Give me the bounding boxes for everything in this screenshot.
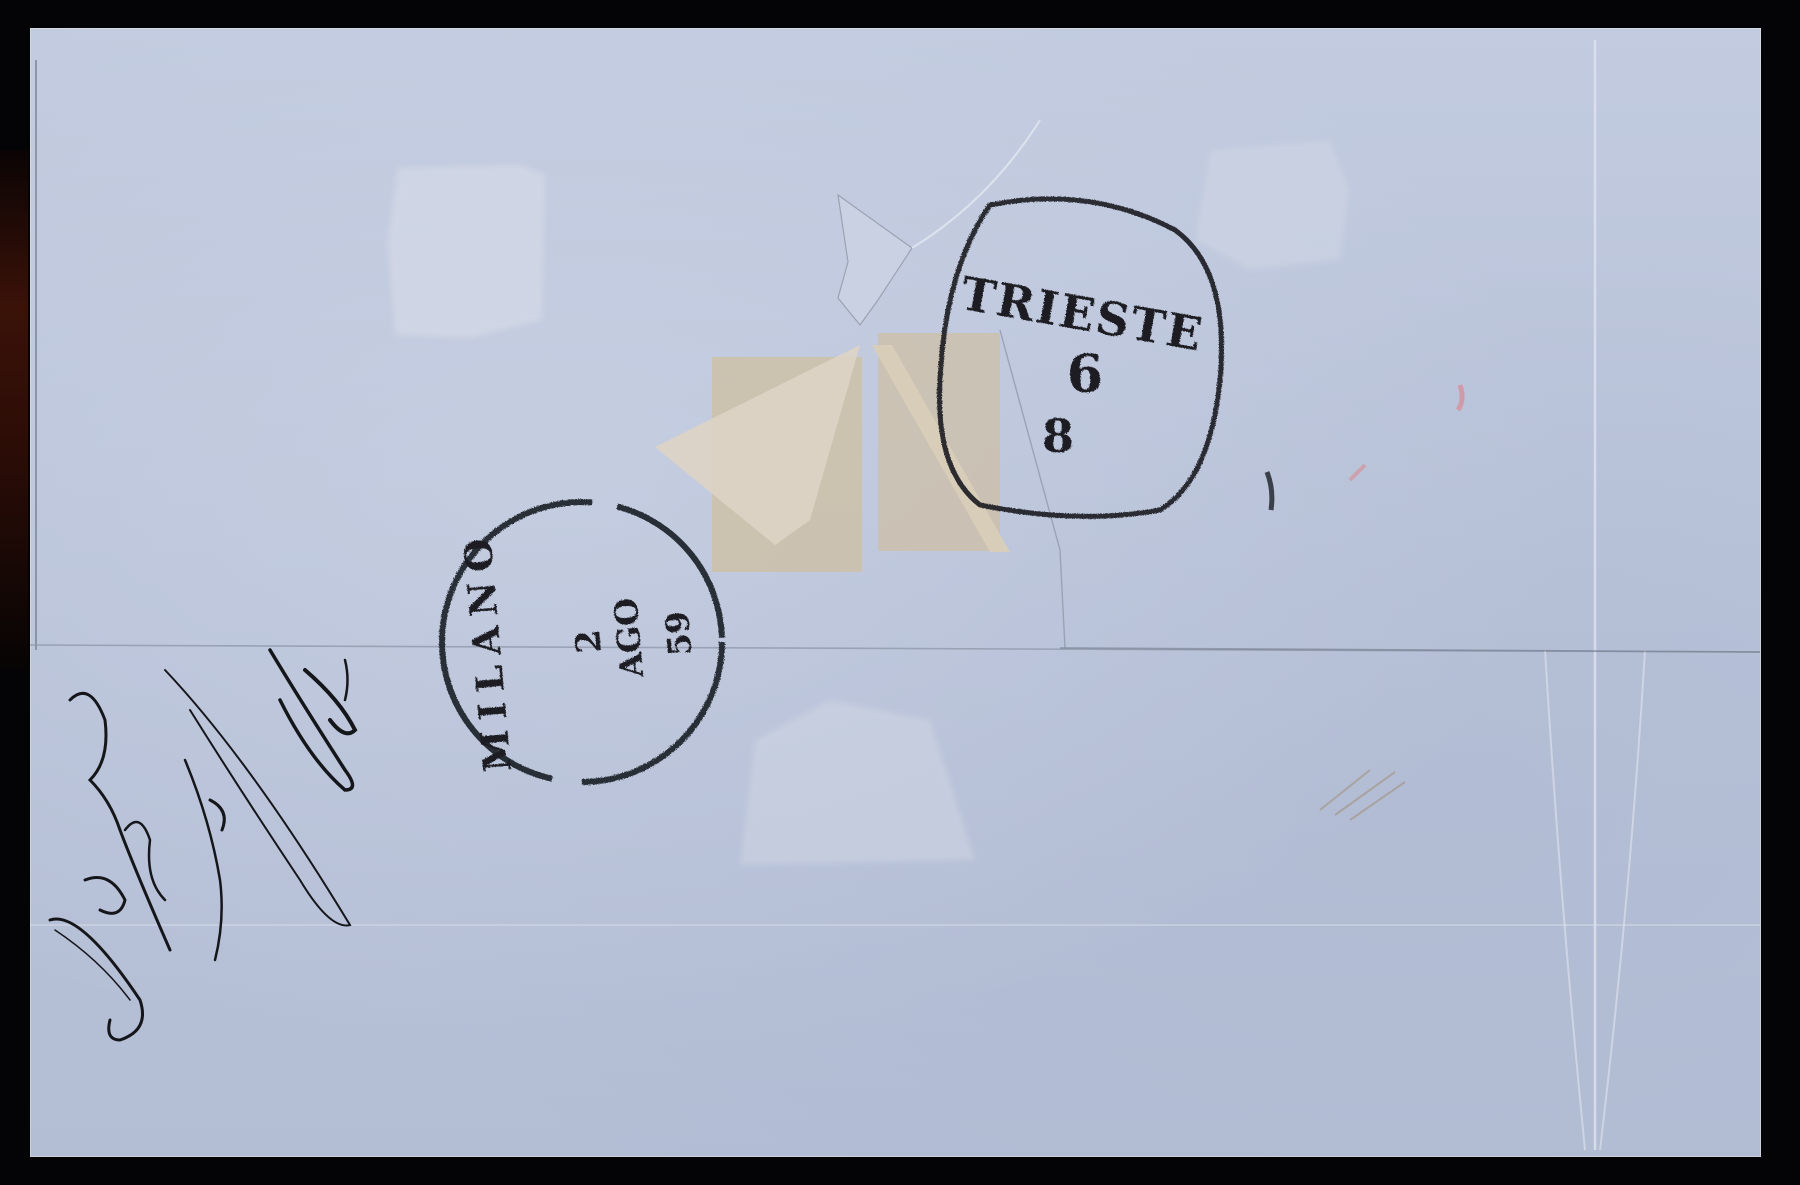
stamp-ghost-patch xyxy=(740,700,975,865)
postmark-day-text: 2 xyxy=(568,628,610,655)
postmark-day-text: 6 xyxy=(1067,344,1103,405)
postmark-year-text: 59 xyxy=(658,610,700,658)
letter-markings: TRIESTE 6 8 MILANO 2 AGO 59 xyxy=(0,0,1800,1185)
handwritten-docket xyxy=(50,650,355,1040)
paper-flap-fragment xyxy=(838,195,912,325)
ink-mark xyxy=(1267,472,1272,510)
red-crayon-mark xyxy=(1458,385,1462,410)
milano-postmark: MILANO 2 AGO 59 xyxy=(442,502,722,782)
red-crayon-mark xyxy=(1350,465,1365,480)
flap-edge xyxy=(1000,330,1065,648)
stamp-ghost-patch xyxy=(1195,140,1350,270)
pencil-hatching xyxy=(1320,770,1405,820)
postmark-month-text: AGO xyxy=(606,596,651,680)
vertical-crease xyxy=(1600,650,1645,1150)
postmark-town-text: MILANO xyxy=(454,527,520,774)
vertical-crease xyxy=(1545,650,1585,1150)
postmark-month-text: 8 xyxy=(1042,409,1074,463)
stamp-ghost-patch xyxy=(388,165,545,338)
